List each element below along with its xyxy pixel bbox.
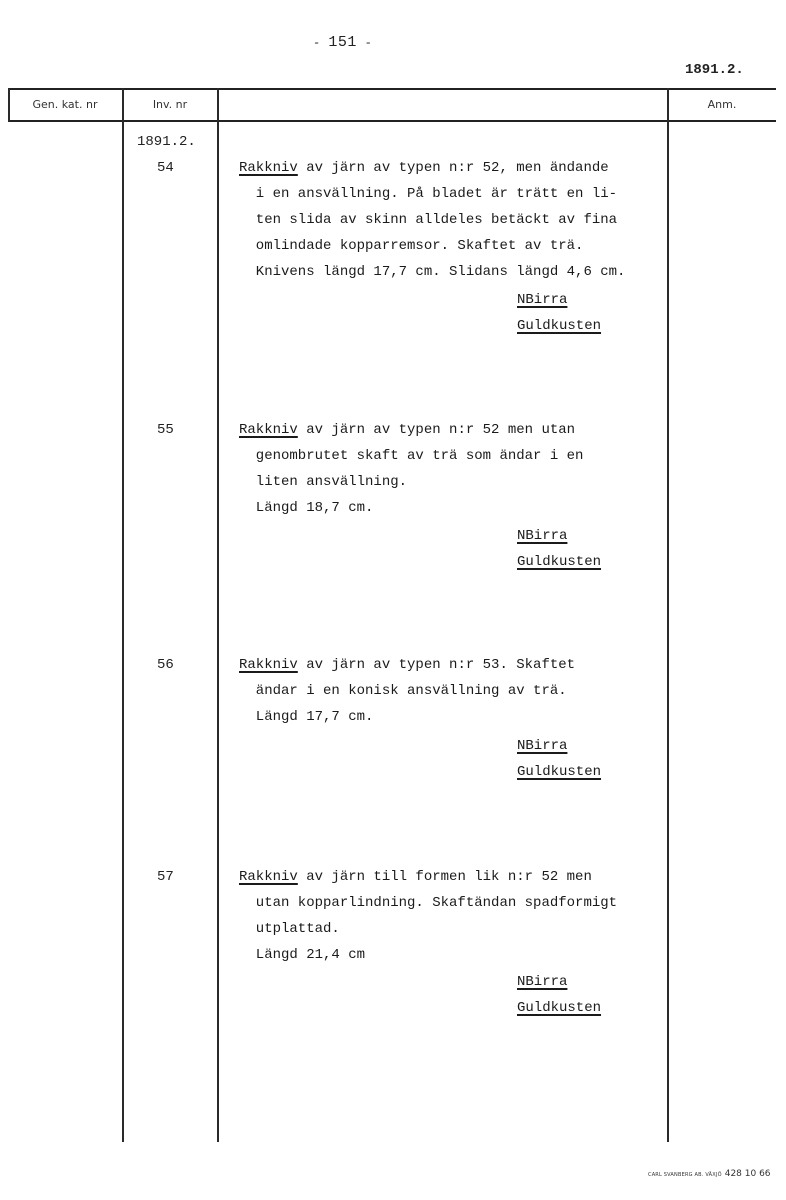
origin-region: NBirra <box>517 738 567 754</box>
divider-desc-anm <box>667 88 669 1142</box>
inv-number: 54 <box>157 160 174 176</box>
origin-place: Guldkusten <box>517 1000 601 1016</box>
corner-reference: 1891.2. <box>685 62 744 78</box>
printer-name: CARL SVANBERG AB. VÄXJÖ <box>648 1172 722 1178</box>
entry-description: Rakkniv av järn av typen n:r 52 men utan… <box>239 422 583 526</box>
origin-region: NBirra <box>517 292 567 308</box>
inv-series: 1891.2. <box>137 134 196 150</box>
header-inv-nr: Inv. nr <box>123 98 217 111</box>
header-anm: Anm. <box>668 98 776 111</box>
page-number: - 151 - <box>313 34 372 51</box>
form-code: 428 10 66 <box>725 1169 771 1179</box>
entry-title: Rakkniv <box>239 657 298 673</box>
divider-inv-desc <box>217 88 219 1142</box>
header-gen-kat-nr: Gen. kat. nr <box>8 98 122 111</box>
entry-title: Rakkniv <box>239 160 298 176</box>
entry-description: Rakkniv av järn till formen lik n:r 52 m… <box>239 869 617 973</box>
entry-title: Rakkniv <box>239 422 298 438</box>
entry-description: Rakkniv av järn av typen n:r 53. Skaftet… <box>239 657 575 735</box>
dash-right: - <box>357 36 372 50</box>
origin-region: NBirra <box>517 528 567 544</box>
origin-place: Guldkusten <box>517 318 601 334</box>
divider-gen-inv <box>122 88 124 1142</box>
origin-place: Guldkusten <box>517 764 601 780</box>
dash-left: - <box>313 36 328 50</box>
entry-title: Rakkniv <box>239 869 298 885</box>
inv-number: 56 <box>157 657 174 673</box>
entry-description: Rakkniv av järn av typen n:r 52, men änd… <box>239 160 625 290</box>
printer-imprint: CARL SVANBERG AB. VÄXJÖ428 10 66 <box>648 1161 771 1180</box>
origin-place: Guldkusten <box>517 554 601 570</box>
inv-number: 55 <box>157 422 174 438</box>
inv-number: 57 <box>157 869 174 885</box>
origin-region: NBirra <box>517 974 567 990</box>
